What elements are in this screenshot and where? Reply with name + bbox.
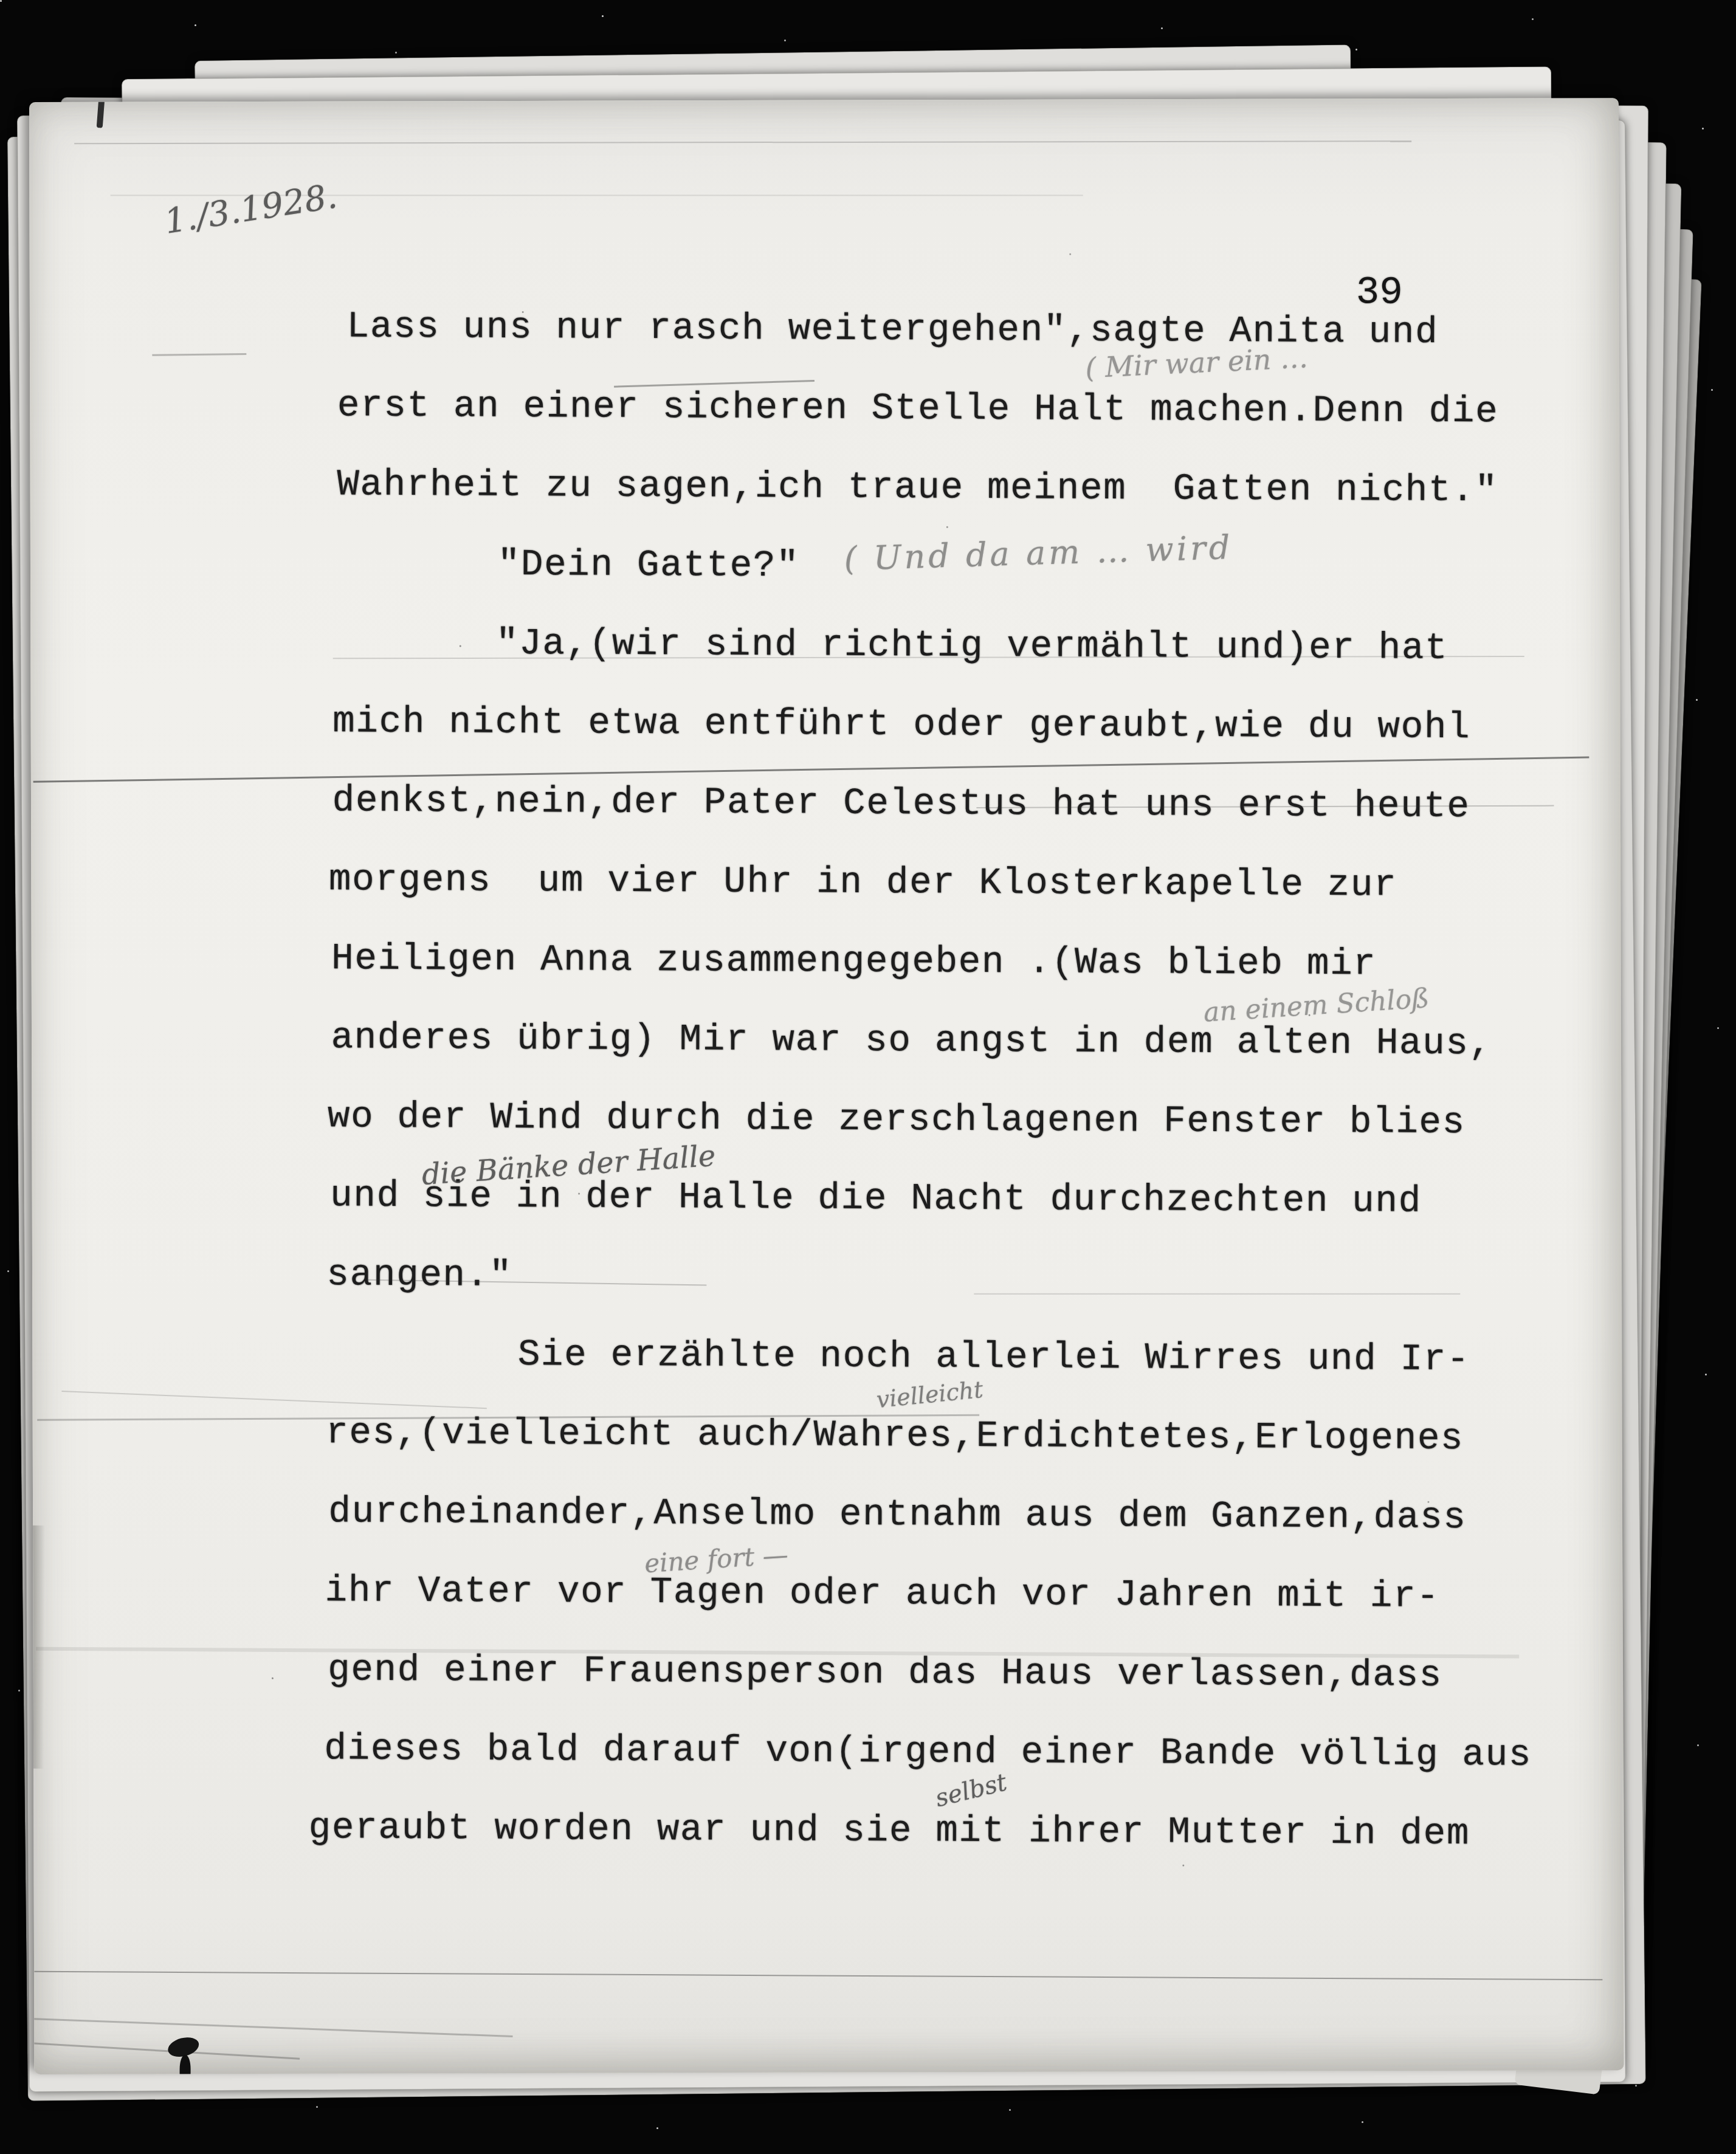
page-content: 1./3.1928. 39 Lass uns nur rasch weiterg…: [29, 98, 1624, 2074]
typed-line-14: Sie erzählte noch allerlei Wirres und Ir…: [518, 1337, 1470, 1378]
handwritten-annotation-after-dein-gatte: ( Und da am … wird: [844, 528, 1233, 578]
crease-line: [974, 1293, 1460, 1295]
handwritten-annotation-vielleicht: vielleicht: [875, 1376, 985, 1413]
typed-line-13: sangen.": [326, 1256, 512, 1295]
handwritten-annotation-selbst: selbst: [932, 1768, 1010, 1812]
page-number: 39: [1356, 271, 1403, 315]
typed-line-20: geraubt worden war und sie mit ihrer Mut…: [309, 1809, 1470, 1853]
typed-line-8: morgens um vier Uhr in der Klosterkapell…: [329, 861, 1397, 904]
crease-line: [74, 140, 1411, 144]
handwritten-annotation-an-einem-schloss: an einem Schloß: [1203, 983, 1430, 1028]
typed-line-4: "Dein Gatte?": [497, 546, 799, 585]
crease-line: [111, 194, 1083, 196]
typed-line-5: "Ja,(wir sind richtig vermählt und)er ha…: [496, 625, 1448, 667]
typed-line-15: res,(vielleicht auch/Wahres,Erdichtetes,…: [326, 1414, 1464, 1457]
photo-stage: 1./3.1928. 39 Lass uns nur rasch weiterg…: [0, 0, 1736, 2154]
typed-line-3: Wahrheit zu sagen,ich traue meinem Gatte…: [337, 466, 1498, 509]
typed-line-11: wo der Wind durch die zerschlagenen Fens…: [328, 1098, 1466, 1141]
handwritten-date: 1./3.1928.: [162, 176, 340, 242]
dust-specks: [0, 0, 2, 2]
typed-line-10: anderes übrig) Mir war so angst in dem a…: [331, 1019, 1492, 1062]
typed-line-9: Heiligen Anna zusammengegeben .(Was blie…: [331, 940, 1377, 983]
typed-line-19: dieses bald darauf von(irgend einer Band…: [324, 1730, 1532, 1774]
crease-line: [152, 353, 246, 356]
ink-blob-bottom-left-2: [179, 2055, 190, 2074]
crease-line: [29, 2042, 300, 2060]
typed-line-16: durcheinander,Anselmo entnahm aus dem Ga…: [328, 1493, 1466, 1536]
typed-line-2: erst an einer sicheren Stelle Halt mache…: [337, 387, 1499, 430]
typed-line-6: mich nicht etwa entführt oder geraubt,wi…: [332, 703, 1470, 746]
manuscript-page: 1./3.1928. 39 Lass uns nur rasch weiterg…: [29, 98, 1624, 2074]
crease-line: [61, 1391, 487, 1409]
typed-line-17: ihr Vater vor Tagen oder auch vor Jahren…: [325, 1572, 1440, 1615]
ink-mark-top-left: [97, 100, 105, 128]
crease-line: [34, 1971, 1602, 1981]
crease-line: [29, 2018, 513, 2037]
typed-line-7: denkst,nein,der Pater Celestus hat uns e…: [332, 782, 1470, 825]
typed-line-18: gend einer Frauensperson das Haus verlas…: [328, 1651, 1442, 1695]
long-pencil-crease: [33, 757, 1590, 783]
